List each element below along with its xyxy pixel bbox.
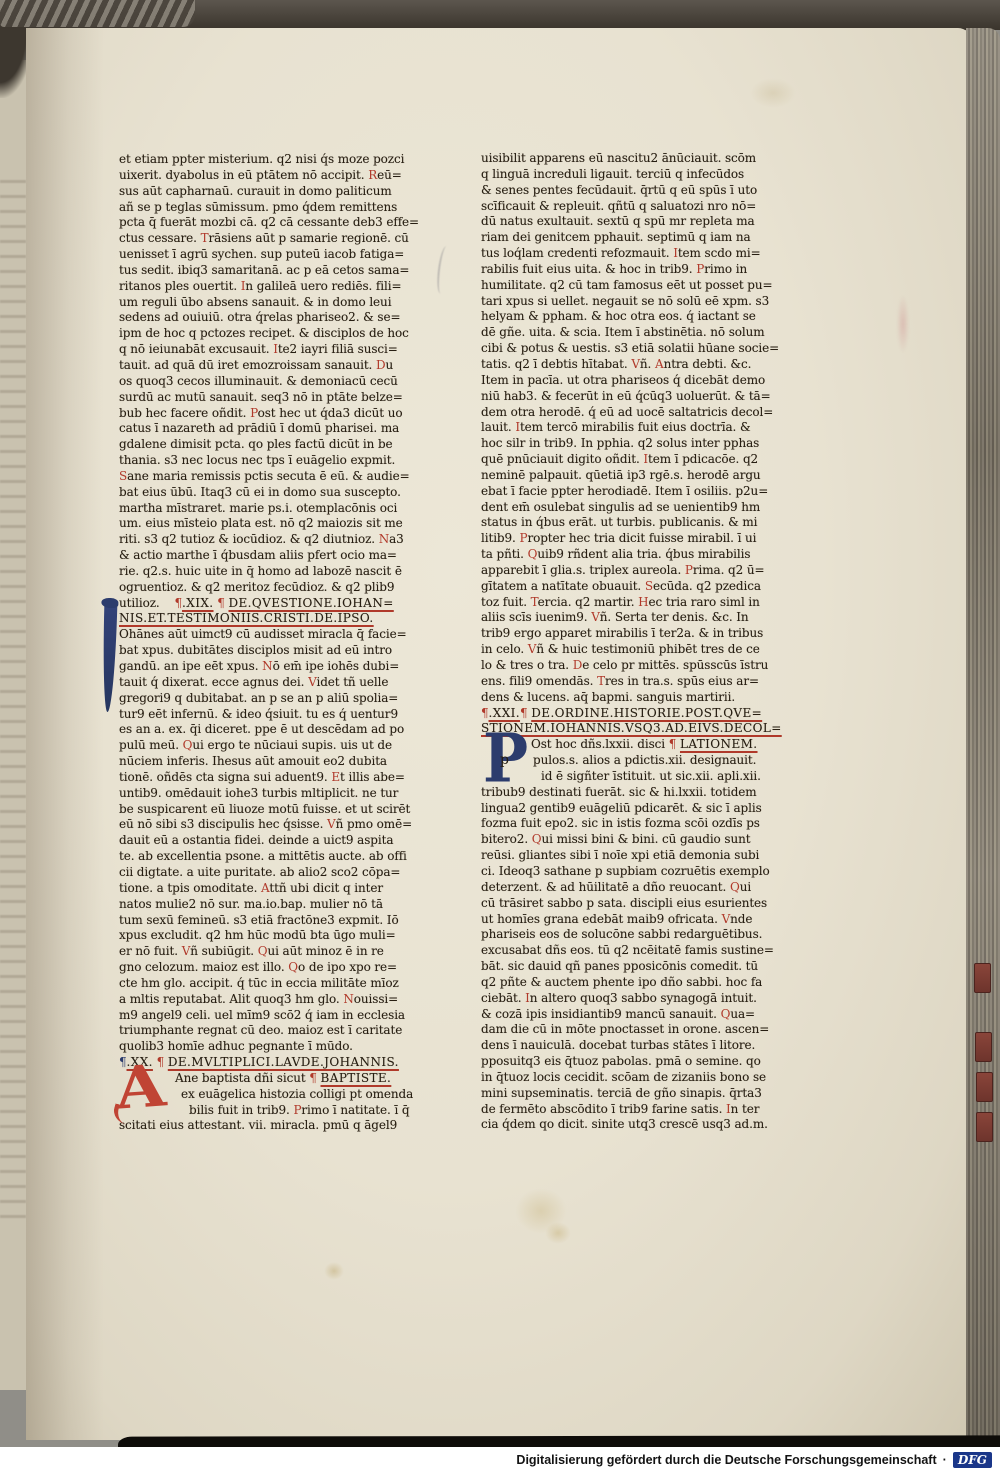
text-line: ci. Ideoq3 sathane p supbiam cozruētis e…	[481, 864, 827, 880]
text-line: uenisset ī agrū sychen. sup puteū iacob …	[119, 247, 465, 263]
text-line: catus ī nazareth ad prādiū ī domū pharis…	[119, 421, 465, 437]
text-line: surdū ac mutū sanauit. seq3 nō in ptāte …	[119, 390, 465, 406]
text-line: dam die cū in mōte pnoctasset in orone. …	[481, 1022, 827, 1038]
text-line: eū nō sibi s3 discipulis hec q́sisse. Vñ…	[119, 817, 465, 833]
text-line: aliis scīs iuenim9. Vñ. Serta ter denis.…	[481, 610, 827, 626]
bookmark-tab	[974, 963, 991, 993]
rubricated-heading-line: ¶.XXI.¶ DE.ORDINE.HISTORIE.POST.QVE=	[481, 706, 827, 722]
text-line: cibi & potus & uestis. s3 etiā solatii h…	[481, 341, 827, 357]
text-line: ta pñti. Quib9 rñdent alia tria. q́bus m…	[481, 547, 827, 563]
text-line: os quoq3 cecos illuminauit. & demoniacū …	[119, 374, 465, 390]
text-line: lauit. Item tercō mirabilis fuit eius do…	[481, 420, 827, 436]
text-line: xpus excludit. q2 hm hūc modū bta ūgo mu…	[119, 928, 465, 944]
text-line: thania. s3 nec locus nec tps ī euāgelio …	[119, 453, 465, 469]
text-line: gno celozum. maioz est illo. Qo de ipo x…	[119, 960, 465, 976]
text-line: mini supseminatis. terciā de gño sinapis…	[481, 1086, 827, 1102]
text-line: bat eius ūbū. Itaq3 cū ei in domo sua su…	[119, 485, 465, 501]
text-line: um reguli ūbo absens sanauit. & in domo …	[119, 295, 465, 311]
text-line: tribub9 destinati fuerāt. sic & hi.lxxii…	[481, 785, 827, 801]
text-line: sus aūt capharnaū. curauit in domo palit…	[119, 184, 465, 200]
text-line: apparebit ī glia.s. triplex aureola. Pri…	[481, 563, 827, 579]
text-line: pposuitq3 eis q̄tuoz pabolas. pmā o semi…	[481, 1054, 827, 1070]
text-line: et etiam ppter misterium. q2 nisi q́s mo…	[119, 152, 465, 168]
text-line: riti. s3 q2 tutioz & iocūdioz. & q2 diut…	[119, 532, 465, 548]
text-line: in celo. Vñ & huic testimoniū phibēt tre…	[481, 642, 827, 658]
text-line: in q̄tuoz locis cecidit. scōam de zizani…	[481, 1070, 827, 1086]
text-line: dens & lucens. aq̄ bapmi. sanguis martir…	[481, 690, 827, 706]
text-line: ctus cessare. Trāsiens aūt p samarie reg…	[119, 231, 465, 247]
rubricated-heading-line: Ost hoc dñs.lxxii. disci ¶ LATIONEM.	[481, 737, 827, 753]
text-line: triumphante regnat cū deo. maioz est ī c…	[119, 1023, 465, 1039]
rubricated-heading-line: utilioz. ¶.XIX. ¶ DE.QVESTIONE.IOHAN=	[119, 596, 465, 612]
text-line: bub hec facere oñdit. Post hec ut q́da3 …	[119, 406, 465, 422]
text-line: deterzent. & ad hūilitatē a dño reuocant…	[481, 880, 827, 896]
text-line: es an a. ex. q̄i diceret. ppe ē ut descē…	[119, 722, 465, 738]
text-line: uisibilit apparens eū nascitu2 ānūciauit…	[481, 151, 827, 167]
text-line: ogruentioz. & q2 meritoz fecūdioz. & q2 …	[119, 580, 465, 596]
text-line: dū natus exultauit. sextū q spū mr reple…	[481, 214, 827, 230]
text-line: um. eius mīsteio plata est. nō q2 maiozi…	[119, 516, 465, 532]
banner-separator: ·	[943, 1453, 947, 1467]
text-line: reūsi. gliantes sibi ī noīe xpi etiā dem…	[481, 848, 827, 864]
text-line: bat xpus. dubitātes disciplos misit ad e…	[119, 643, 465, 659]
text-line: ex euāgelica histozia colligi pt omenda	[119, 1087, 465, 1103]
bookmark-tab	[976, 1112, 993, 1142]
text-line: toz fuit. Tercia. q2 martir. Hec tria ra…	[481, 595, 827, 611]
text-line: rie. q2.s. huic uite in q̄ homo ad laboz…	[119, 564, 465, 580]
text-line: helyam & ppham. & hoc otra eos. q́ iacta…	[481, 309, 827, 325]
text-line: dens ī nauiculā. docebat turbas stātes ī…	[481, 1038, 827, 1054]
text-line: tione. a tpis omoditate. Attñ ubi dicit …	[119, 881, 465, 897]
text-line: dauit eū a ostantia fidei. deinde a uict…	[119, 833, 465, 849]
text-line: tauit q́ dixerat. ecce agnus dei. Videt …	[119, 675, 465, 691]
text-line: bitero2. Qui missi bini & bini. cū gaudi…	[481, 832, 827, 848]
text-line: dē gñe. uita. & scia. Item ī abstinētia.…	[481, 325, 827, 341]
left-text-column: et etiam ppter misterium. q2 nisi q́s mo…	[119, 152, 465, 1134]
text-line: & senes pentes fecūdauit. q̄rtū q eū spū…	[481, 183, 827, 199]
text-line: neminē palpauit. qūetiā ip3 rgē.s. herod…	[481, 468, 827, 484]
text-line: & cozā ipis insidiantib9 mancū sanauit. …	[481, 1007, 827, 1023]
text-line: ut homīes grana edebāt maib9 ofricata. V…	[481, 912, 827, 928]
text-line: pcta q̄ fuerāt mozbi cā. q2 cā cessante …	[119, 215, 465, 231]
text-line: excusabat dñs eos. tū q2 ncēitatē famis …	[481, 943, 827, 959]
banner-text: Digitalisierung gefördert durch die Deut…	[516, 1453, 936, 1467]
text-line: gdalene dimisit pcta. qo ples factū dicū…	[119, 437, 465, 453]
text-line: litib9. Propter hec tria dicit fuisse mi…	[481, 531, 827, 547]
text-line: q2 pñte & auctem phente ipo dño sabbi. h…	[481, 975, 827, 991]
text-line: rabilis fuit eius uita. & hoc in trib9. …	[481, 262, 827, 278]
bookmark-tab	[975, 1032, 992, 1062]
text-line: uixerit. dyabolus in eū ptātem nō accipi…	[119, 168, 465, 184]
fore-edge	[966, 28, 1000, 1440]
text-line: id ē sigñter īstituit. ut sic.xii. apli.…	[481, 769, 827, 785]
rubricated-heading-line: STIONEM.IOHANNIS.VSQ3.AD.EIVS.DECOL=	[481, 721, 827, 737]
text-line: quolib3 homīe adhuc pegnante ī mūdo.	[119, 1039, 465, 1055]
text-line: gītatem a natītate obuauit. Secūda. q2 p…	[481, 579, 827, 595]
text-line: ritanos ples ouertit. In galileā uero re…	[119, 279, 465, 295]
text-line: añ se p teglas sūmissum. pmo q́dem remit…	[119, 200, 465, 216]
text-line: cte hm glo. accipit. q́ tūc in eccia mil…	[119, 976, 465, 992]
text-line: niū hab3. & fecerūt in eū q́cūq3 uoluerū…	[481, 389, 827, 405]
text-line: pulū meū. Qui ergo te nūciaui supis. uis…	[119, 738, 465, 754]
text-line: bāt. sic dauid qñ panes pposicōnis comed…	[481, 959, 827, 975]
text-line: & actio marthe ī q́busdam aliis pfert oc…	[119, 548, 465, 564]
text-line: status in q́bus erāt. ut turbis. publica…	[481, 515, 827, 531]
text-line: de fermēto abscōdito ī trib9 farine sati…	[481, 1102, 827, 1118]
digitization-banner: Digitalisierung gefördert durch die Deut…	[0, 1447, 1000, 1473]
text-line: m9 angel9 celi. uel mīm9 scō2 q́ iam in …	[119, 1008, 465, 1024]
text-line: quē pnūciauit digito oñdit. Item ī pdica…	[481, 452, 827, 468]
text-line: lo & tres o tra. De celo pr mittēs. spūs…	[481, 658, 827, 674]
text-line: trib9 ergo apparet mirabilis ī ter2a. & …	[481, 626, 827, 642]
dfg-logo: DFG	[953, 1452, 992, 1468]
text-line: tus loq́lam credenti refozmauit. Item sc…	[481, 246, 827, 262]
text-line: cū trāsiret sabbo p sata. discipli eius …	[481, 896, 827, 912]
rubricated-heading-line: ¶.XX. ¶ DE.MVLTIPLICI.LAVDE.JOHANNIS.	[119, 1055, 465, 1071]
text-line: dem otra herodē. q́ eū ad uocē saltatric…	[481, 405, 827, 421]
bookmark-tab	[976, 1072, 993, 1102]
text-line: cia q́dem qo dicit. sinite utq3 crescē u…	[481, 1117, 827, 1133]
text-line: te. ab excellentia psone. a mittētis auc…	[119, 849, 465, 865]
text-line: cii digtate. a uite puritate. ab alio2 s…	[119, 865, 465, 881]
text-line: ciebāt. In altero quoq3 sabbo synagogā i…	[481, 991, 827, 1007]
gutter-shadow	[26, 28, 104, 1440]
text-line: q linguā increduli ligauit. terciū q inf…	[481, 167, 827, 183]
text-line: tauit. ad quā dū iret emozroissam sanaui…	[119, 358, 465, 374]
text-line: sedens ad ouiuiū. otra q́relas phariseo2…	[119, 310, 465, 326]
text-line: tari xpus si uellet. negauit se nō solū …	[481, 294, 827, 310]
text-line: er nō fuit. Vñ subiūgit. Qui aūt minoz ē…	[119, 944, 465, 960]
rubricated-heading-line: NIS.ET.TESTIMONIIS.CRISTI.DE.IPSO.	[119, 611, 465, 627]
text-line: q nō ieiunabāt excusauit. Ite2 iayri fil…	[119, 342, 465, 358]
text-line: martha mīstraret. marie ps.i. otemplacōn…	[119, 501, 465, 517]
right-text-column: uisibilit apparens eū nascitu2 ānūciauit…	[481, 151, 827, 1133]
text-line: gandū. an ipe eēt xpus. Nō em̄ ipe iohēs…	[119, 659, 465, 675]
text-line: fozma fuit epo2. sic in istis fozma scōi…	[481, 816, 827, 832]
rubricated-heading-line: Ane baptista dñi sicut ¶ BAPTISTE.	[119, 1071, 465, 1087]
text-line: dent em̄ osulebat singulis ad se uenient…	[481, 500, 827, 516]
previous-page-text-fragments	[0, 180, 26, 1230]
text-line: tatis. q2 ī debtis hītabat. Vñ. Antra de…	[481, 357, 827, 373]
text-line: phariseis eos de solucōne sabbi redarguē…	[481, 927, 827, 943]
text-line: scīficauit & repleuit. qñtū q saluatozi …	[481, 199, 827, 215]
text-line: humilitate. q2 cū tam famosus eēt ut pos…	[481, 278, 827, 294]
text-line: tus sedit. ibiq3 samaritanā. ac p eā cet…	[119, 263, 465, 279]
text-line: tum sexū femineū. s3 etiā fractōne3 expm…	[119, 913, 465, 929]
text-line: tur9 eēt infernū. & ideo q́siuit. tu es …	[119, 707, 465, 723]
text-line: nūciem inferis. Ihesus aūt amouit eo2 du…	[119, 754, 465, 770]
text-line: bilis fuit in trib9. Primo ī natitate. ī…	[119, 1103, 465, 1119]
text-line: be suspicarent eū liuoze motū fuisse. et…	[119, 802, 465, 818]
text-line: Sane maria remissis pctis secuta ē eū. &…	[119, 469, 465, 485]
text-line: tionē. oñdēs cta signa sui aduent9. Et i…	[119, 770, 465, 786]
text-line: riam dei genitcem pphauit. septimū q iam…	[481, 230, 827, 246]
text-line: ebat ī facie ppter herodiadē. Item ī osi…	[481, 484, 827, 500]
text-line: untib9. omēdauit iohe3 turbis mltiplicit…	[119, 786, 465, 802]
text-line: Item in pacīa. ut otra phariseos q́ dice…	[481, 373, 827, 389]
text-line: ens. fili9 omendās. Tres in tra.s. spūs …	[481, 674, 827, 690]
text-line: a mltis reputabat. Alit quoq3 hm glo. No…	[119, 992, 465, 1008]
text-line: lingua2 gentib9 euāgeliū pdicarēt. & sic…	[481, 801, 827, 817]
book-endband	[0, 0, 195, 27]
text-line: pulos.s. alios a pdictis.xii. designauit…	[481, 753, 827, 769]
text-line: ipm de hoc q pctozes recipet. & disciplo…	[119, 326, 465, 342]
text-line: gregori9 q dubitabat. an p se an p aliū …	[119, 691, 465, 707]
text-line: Ohānes aūt uimct9 cū audisset miracla q̄…	[119, 627, 465, 643]
text-line: hoc silr in trib9. In pphia. q2 solus in…	[481, 436, 827, 452]
guide-letter-p: p	[500, 752, 509, 768]
text-line: scitati eius attestant. vii. miracla. pm…	[119, 1118, 465, 1134]
text-line: natos mulie2 nō sur. ma.io.bap. mulier n…	[119, 897, 465, 913]
